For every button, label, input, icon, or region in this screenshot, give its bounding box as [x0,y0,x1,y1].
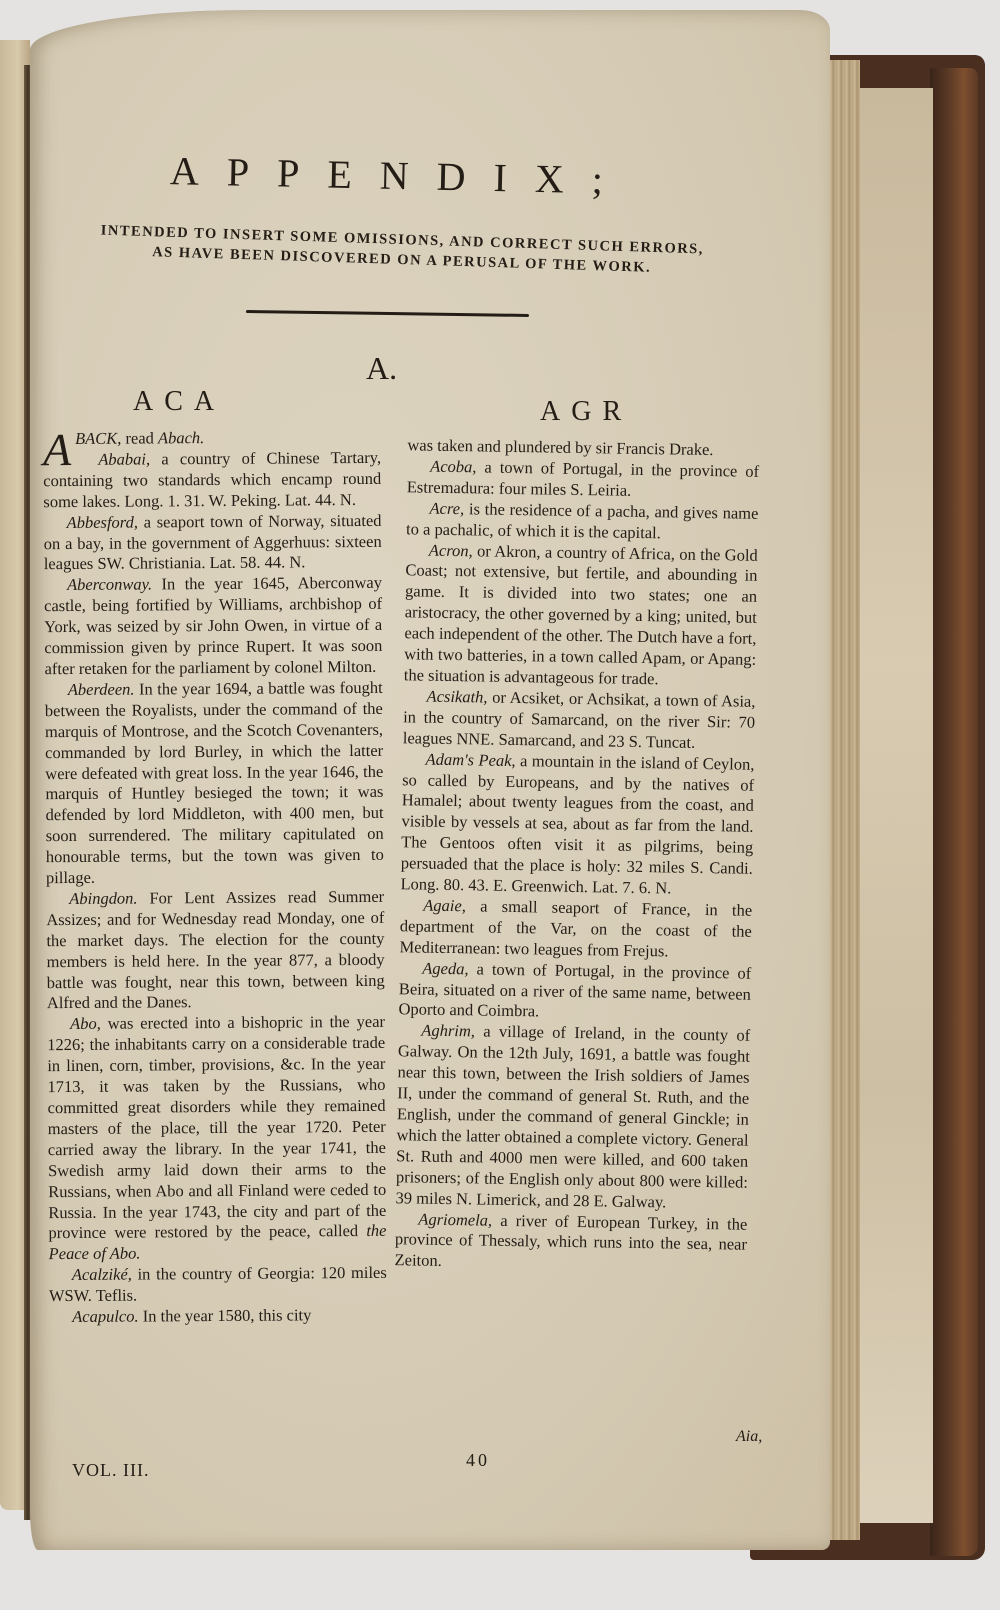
entry-headword: Ababai, [98,449,150,468]
dictionary-entry: Acoba, a town of Portugal, in the provin… [407,456,760,503]
drop-cap: A [43,431,71,469]
left-column-header: ACA [133,386,225,418]
entry-text: a country of Chinese Tartary, containing… [43,448,381,511]
entry-headword: Agriomela, [418,1209,492,1229]
page-number: 40 [466,1450,490,1471]
dictionary-entry: Acapulco. In the year 1580, this city [49,1305,387,1328]
page-title: APPENDIX; [170,147,631,204]
entry-text: In the year 1694, a battle was fought be… [45,678,384,888]
entry-headword: Acre, [429,498,464,518]
volume-signature: VOL. III. [72,1460,149,1481]
dictionary-entry: Acron, or Akron, a country of Africa, on… [404,540,758,692]
entry-headword: Agaie, [423,896,466,916]
entry-headword: Aberconway. [67,575,152,595]
dictionary-entry: Agriomela, a river of European Turkey, i… [394,1209,747,1277]
dictionary-entry: Aberdeen. In the year 1694, a battle was… [45,678,384,889]
entry-headword: Adam's Peak, [425,749,515,769]
entry-text: a mountain in the island of Ceylon, so c… [400,751,754,898]
right-column: was taken and plundered by sir Francis D… [394,435,759,1277]
dictionary-entry: Agaie, a small seaport of France, in the… [399,895,752,963]
entry-text: In the year 1580, this city [139,1305,312,1325]
entry-headword: Acapulco. [72,1307,139,1326]
dictionary-entry: Aberconway. In the year 1645, Aberconway… [44,573,383,680]
entry-text: or Akron, a country of Africa, on the Go… [404,541,758,688]
entry-headword: Abbesford, [67,512,138,531]
dictionary-entry: Acalziké, in the country of Georgia: 120… [49,1263,387,1307]
entry-headword: Abo, [70,1014,101,1033]
section-letter: A. [366,350,397,387]
entry-italic-text: Abach. [158,428,204,447]
entry-text: a village of Ireland, in the county of G… [395,1022,750,1211]
dictionary-entry: Adam's Peak, a mountain in the island of… [400,749,754,901]
entry-text: read [121,428,158,447]
entry-headword: Acalziké, [72,1265,132,1284]
entry-headword: Abingdon. [69,888,137,907]
book-cover-edge [930,68,978,1556]
catchword: Aia, [736,1428,762,1446]
entry-headword: Acoba, [430,457,477,477]
dictionary-entry: Acsikath, or Acsiket, or Achsikat, a tow… [403,686,756,754]
dictionary-entry: Ageda, a town of Portugal, in the provin… [398,958,751,1026]
endpaper [855,88,933,1523]
entry-headword: Aberdeen. [68,679,135,698]
entry-headword: Aghrim, [421,1021,475,1041]
dictionary-entry: Acre, is the residence of a pacha, and g… [406,498,759,545]
right-column-header: AGR [540,396,632,428]
entry-headword: Acsikath, [426,686,487,706]
entry-text: was erected into a bishopric in the year… [47,1012,386,1242]
dictionary-entry: ABACK, read Abach. [43,427,381,450]
dictionary-entry: Ababai, a country of Chinese Tartary, co… [43,448,381,513]
dictionary-entry: Abo, was erected into a bishopric in the… [47,1012,387,1265]
entry-headword: BACK, [75,429,121,448]
dictionary-entry: Abbesford, a seaport town of Norway, sit… [43,510,381,575]
entry-headword: Ageda, [422,958,469,978]
dictionary-entry: Abingdon. For Lent Assizes read Summer A… [46,887,385,1015]
dictionary-entry: Aghrim, a village of Ireland, in the cou… [395,1021,750,1215]
entry-text: was taken and plundered by sir Francis D… [407,435,713,459]
left-column: ABACK, read Abach.Ababai, a country of C… [43,427,387,1328]
entry-headword: Acron, [429,540,473,560]
